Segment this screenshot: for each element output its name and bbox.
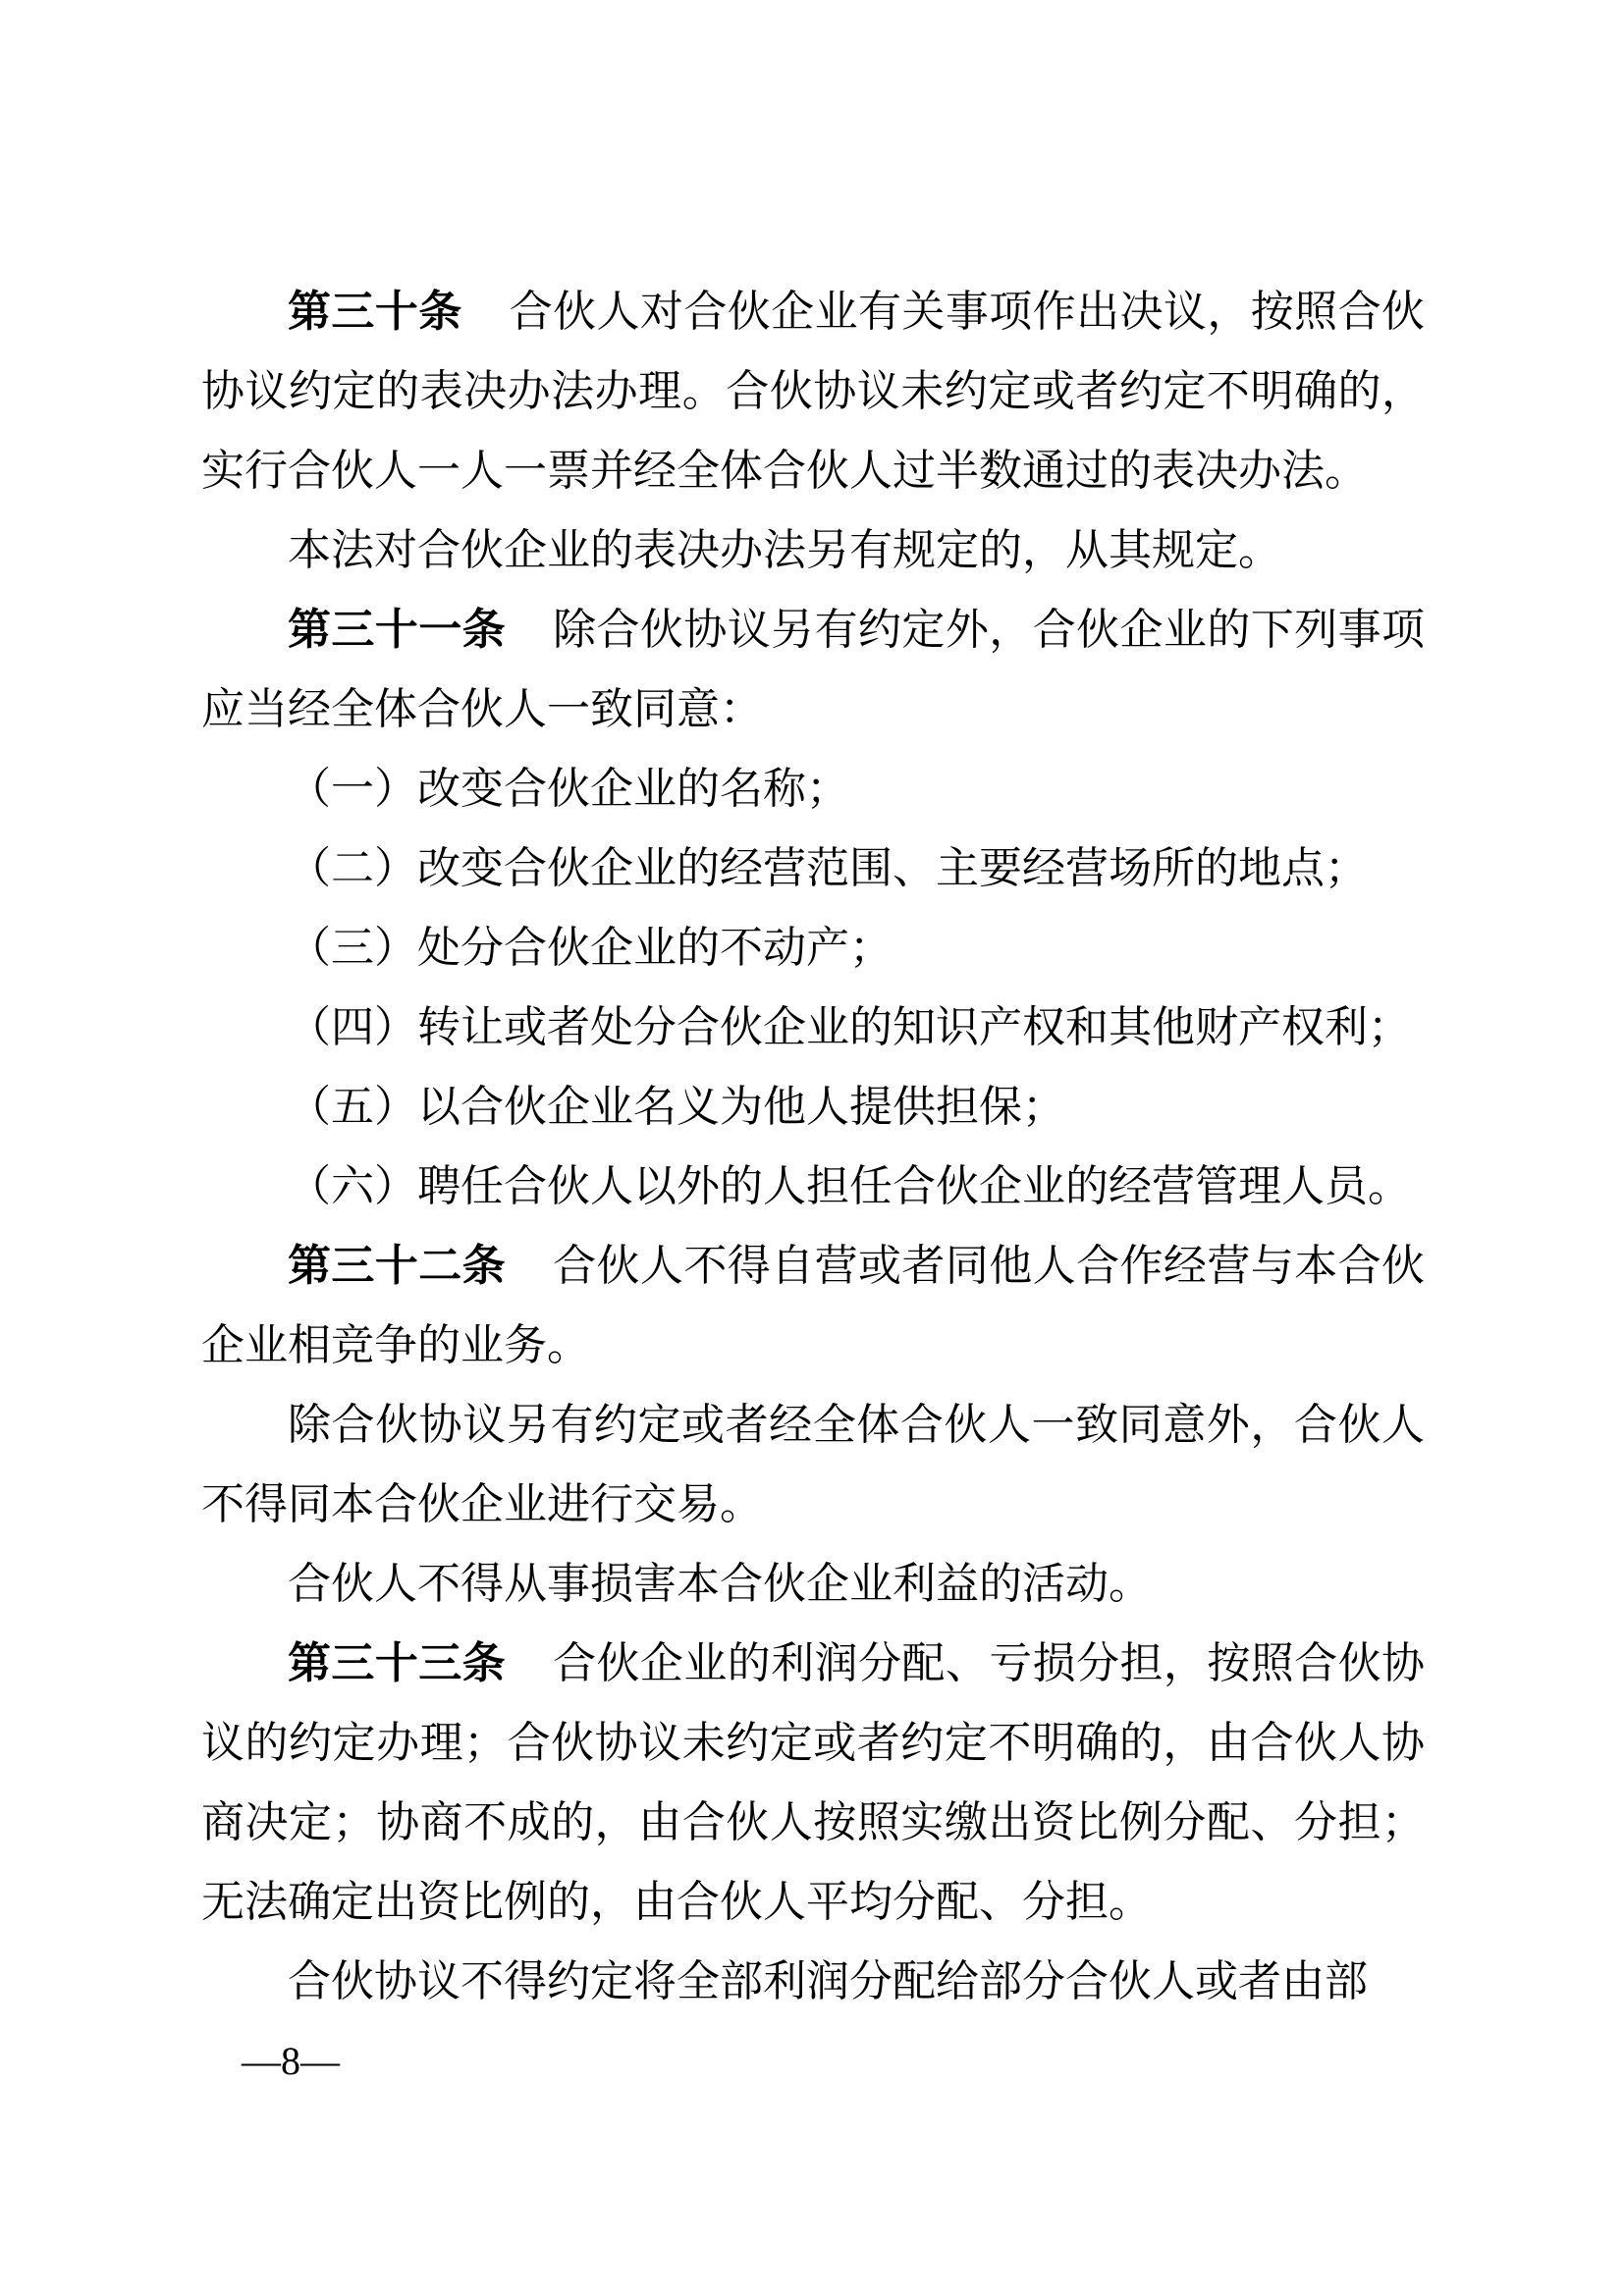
list-item: （三）处分合伙企业的不动产； — [201, 908, 1425, 988]
document-page: 第三十条合伙人对合伙企业有关事项作出决议，按照合伙协议约定的表决办法办理。合伙协… — [0, 0, 1624, 2296]
article-number: 第三十二条 — [288, 1242, 506, 1290]
list-item: （二）改变合伙企业的经营范围、主要经营场所的地点； — [201, 828, 1425, 908]
page-number: —8— — [242, 2040, 340, 2083]
body-paragraph: 本法对合伙企业的表决办法另有规定的，从其规定。 — [201, 510, 1425, 590]
article-paragraph: 第三十二条合伙人不得自营或者同他人合作经营与本合伙企业相竞争的业务。 — [201, 1226, 1425, 1385]
body-paragraph: 除合伙协议另有约定或者经全体合伙人一致同意外，合伙人不得同本合伙企业进行交易。 — [201, 1385, 1425, 1544]
article-paragraph: 第三十条合伙人对合伙企业有关事项作出决议，按照合伙协议约定的表决办法办理。合伙协… — [201, 272, 1425, 510]
list-item: （一）改变合伙企业的名称； — [201, 749, 1425, 828]
body-paragraph: 合伙人不得从事损害本合伙企业利益的活动。 — [201, 1544, 1425, 1624]
list-item: （六）聘任合伙人以外的人担任合伙企业的经营管理人员。 — [201, 1147, 1425, 1226]
document-body: 第三十条合伙人对合伙企业有关事项作出决议，按照合伙协议约定的表决办法办理。合伙协… — [201, 272, 1425, 2021]
article-number: 第三十条 — [288, 288, 462, 336]
list-item: （四）转让或者处分合伙企业的知识产权和其他财产权利； — [201, 988, 1425, 1067]
article-paragraph: 第三十三条合伙企业的利润分配、亏损分担，按照合伙协议的约定办理；合伙协议未约定或… — [201, 1624, 1425, 1942]
article-number: 第三十一条 — [288, 606, 506, 654]
article-number: 第三十三条 — [288, 1639, 506, 1687]
article-paragraph: 第三十一条除合伙协议另有约定外，合伙企业的下列事项应当经全体合伙人一致同意： — [201, 590, 1425, 749]
body-paragraph: 合伙协议不得约定将全部利润分配给部分合伙人或者由部 — [201, 1942, 1425, 2021]
list-item: （五）以合伙企业名义为他人提供担保； — [201, 1067, 1425, 1147]
